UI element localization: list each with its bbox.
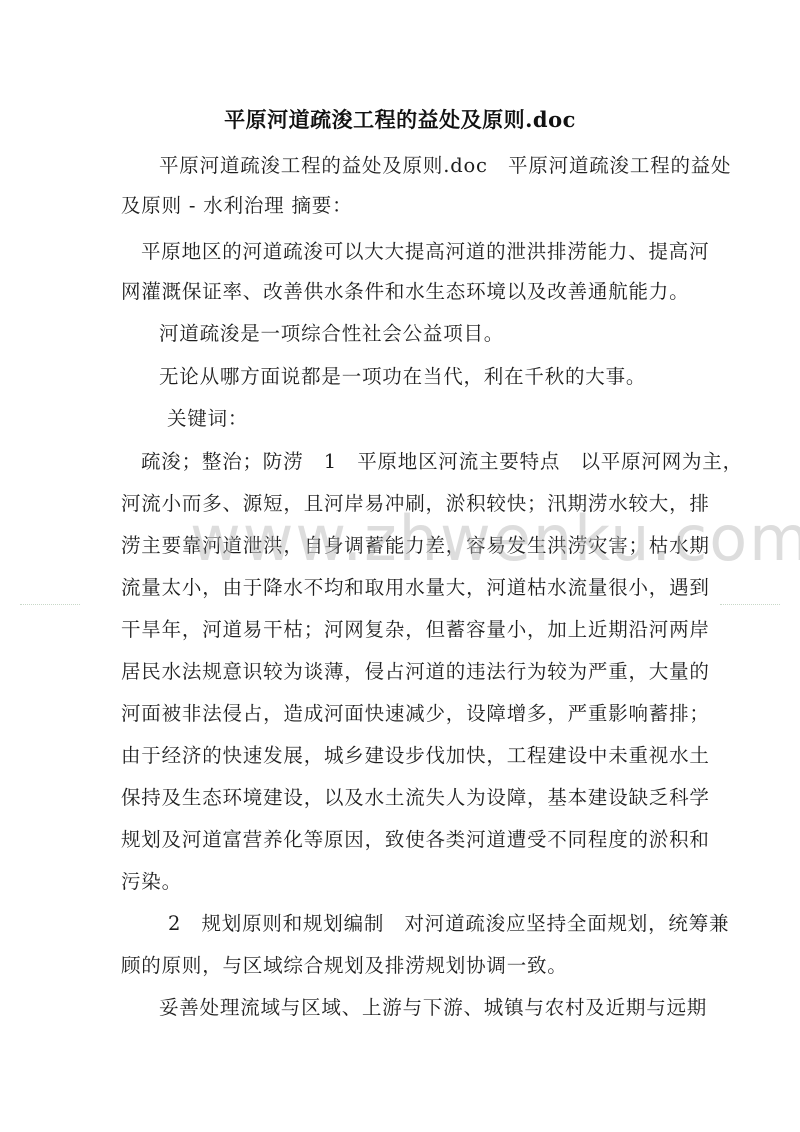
page-break-marker-right <box>720 604 780 605</box>
text-line: 顾的原则，与区域综合规划及排涝规划协调一致。 <box>121 950 568 978</box>
text-line: 河面被非法侵占，造成河面快速减少，设障增多，严重影响蓄排； <box>121 698 710 726</box>
text-line: 流量太小，由于降水不均和取用水量大，河道枯水流量很小，遇到 <box>121 572 710 600</box>
text-line: 由于经济的快速发展，城乡建设步伐加快，工程建设中未重视水土 <box>121 740 710 768</box>
page-break-marker-left <box>20 604 80 605</box>
text-line: 网灌溉保证率、改善供水条件和水生态环境以及改善通航能力。 <box>121 276 689 304</box>
text-line: 平原河道疏浚工程的益处及原则.doc 平原河道疏浚工程的益处 <box>159 150 731 178</box>
text-line: 涝主要靠河道泄洪，自身调蓄能力差，容易发生洪涝灾害；枯水期 <box>121 530 710 558</box>
text-line: 干旱年，河道易干枯；河网复杂，但蓄容量小，加上近期沿河两岸 <box>121 614 710 642</box>
text-line: 河流小而多、源短，且河岸易冲刷，淤积较快；汛期涝水较大，排 <box>121 488 710 516</box>
text-line: 及原则 - 水利治理 摘要： <box>121 190 352 218</box>
text-line: 保持及生态环境建设，以及水土流失人为设障，基本建设缺乏科学 <box>121 782 710 810</box>
text-line: 疏浚；整治；防涝 1 平原地区河流主要特点 以平原河网为主， <box>141 446 743 474</box>
text-line: 污染。 <box>121 866 182 894</box>
text-line: 居民水法规意识较为谈薄，侵占河道的违法行为较为严重，大量的 <box>121 656 710 684</box>
text-line: 规划及河道富营养化等原因，致使各类河道遭受不同程度的淤积和 <box>121 824 710 852</box>
document-title: 平原河道疏浚工程的益处及原则.doc <box>0 104 800 134</box>
text-line: 无论从哪方面说都是一项功在当代，利在千秋的大事。 <box>159 361 646 389</box>
text-line: 关键词： <box>167 403 248 431</box>
text-line: 2 规划原则和规划编制 对河道疏浚应坚持全面规划，统筹兼 <box>168 908 729 936</box>
text-line: 平原地区的河道疏浚可以大大提高河道的泄洪排涝能力、提高河 <box>141 236 709 264</box>
text-line: 河道疏浚是一项综合性社会公益项目。 <box>159 318 504 346</box>
text-line: 妥善处理流域与区域、上游与下游、城镇与农村及近期与远期 <box>159 992 707 1020</box>
